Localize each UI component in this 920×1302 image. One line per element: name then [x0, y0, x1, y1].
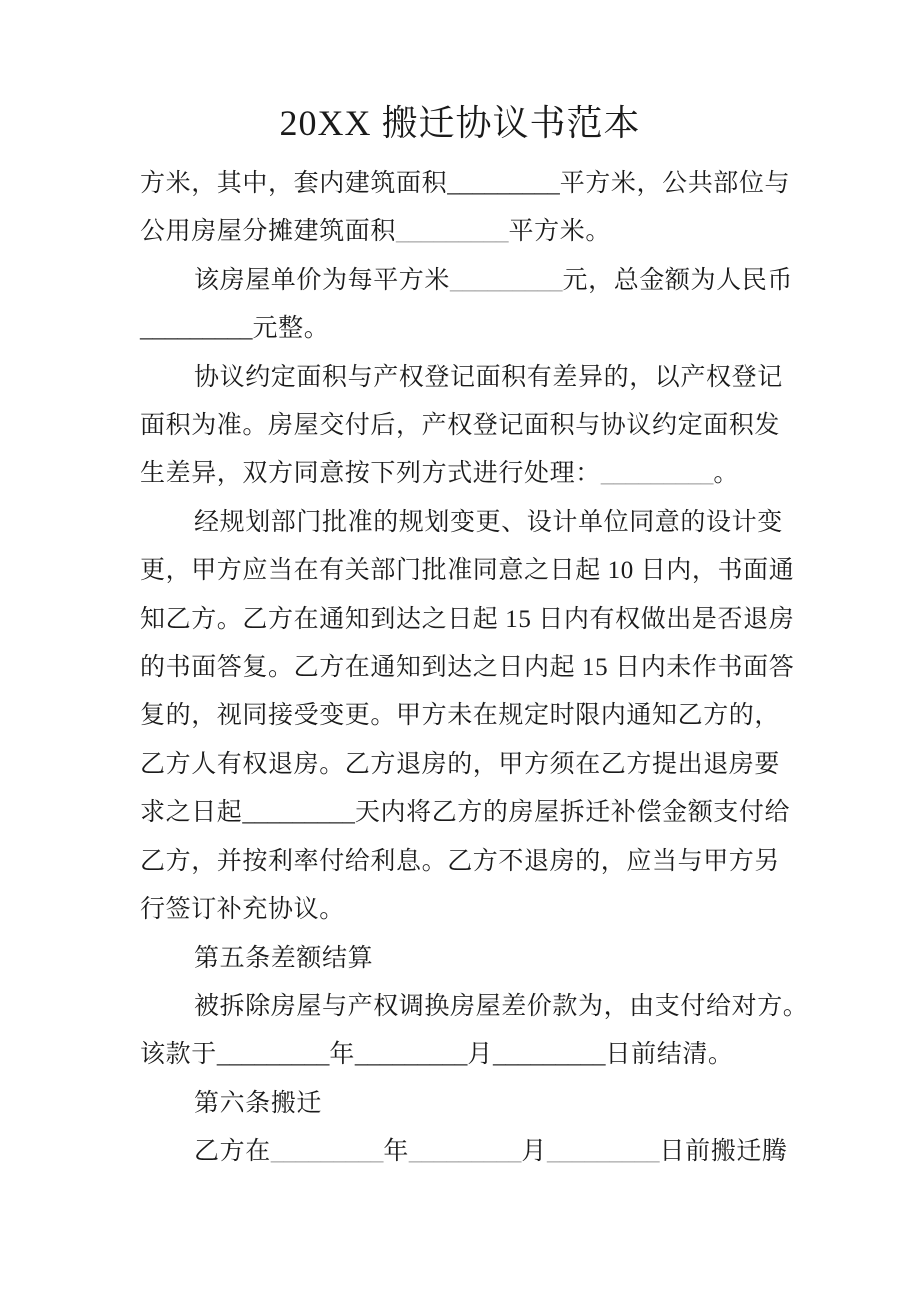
document-line: 经规划部门批准的规划变更、设计单位同意的设计变 — [140, 499, 780, 547]
text-run: 复的，视同接受变更。甲方未在规定时限内通知乙方的， — [140, 702, 780, 729]
document-body: 方米，其中，套内建筑面积_________平方米，公共部位与公用房屋分摊建筑面积… — [140, 160, 780, 1177]
text-run: 知乙方。乙方在通知到达之日起 15 日内有权做出是否退房 — [140, 606, 794, 633]
text-run: 天内将乙方的房屋拆迁补偿金额支付给 — [355, 799, 790, 826]
document-line: 该款于_________年_________月_________日前结清。 — [140, 1031, 780, 1079]
document-line: 乙方人有权退房。乙方退房的，甲方须在乙方提出退房要 — [140, 741, 780, 789]
document-line: 方米，其中，套内建筑面积_________平方米，公共部位与 — [140, 160, 780, 208]
document-line: 公用房屋分摊建筑面积_________平方米。 — [140, 208, 780, 256]
text-run: 日前搬迁腾 — [660, 1138, 788, 1165]
text-run: 年 — [329, 1041, 355, 1068]
text-run: 平方米，公共部位与 — [560, 170, 790, 197]
fill-in-blank: _________ — [271, 1138, 384, 1165]
text-run: 第六条搬迁 — [194, 1090, 322, 1117]
text-run: 经规划部门批准的规划变更、设计单位同意的设计变 — [194, 509, 783, 536]
text-run: 。 — [713, 460, 739, 487]
document-line: 的书面答复。乙方在通知到达之日内起 15 日内未作书面答 — [140, 644, 780, 692]
document-page: 20XX 搬迁协议书范本 方米，其中，套内建筑面积_________平方米，公共… — [0, 0, 920, 1302]
text-run: 月 — [467, 1041, 493, 1068]
fill-in-blank: _________ — [547, 1138, 660, 1165]
document-line: 第六条搬迁 — [140, 1080, 780, 1128]
text-run: 的书面答复。乙方在通知到达之日内起 15 日内未作书面答 — [140, 654, 794, 681]
fill-in-blank: _________ — [450, 267, 563, 294]
text-run: 协议约定面积与产权登记面积有差异的，以产权登记 — [194, 364, 783, 391]
fill-in-blank: _________ — [396, 218, 509, 245]
text-run: 乙方人有权退房。乙方退房的，甲方须在乙方提出退房要 — [140, 751, 780, 778]
text-run: 元，总金额为人民币 — [563, 267, 793, 294]
text-run: 平方米。 — [509, 218, 611, 245]
document-line: 行签订补充协议。 — [140, 886, 780, 934]
text-run: 方米，其中，套内建筑面积 — [140, 170, 447, 197]
fill-in-blank: _________ — [217, 1041, 330, 1068]
document-line: 被拆除房屋与产权调换房屋差价款为，由支付给对方。 — [140, 983, 780, 1031]
document-line: 协议约定面积与产权登记面积有差异的，以产权登记 — [140, 354, 780, 402]
text-run: 日前结清。 — [606, 1041, 734, 1068]
fill-in-blank: _________ — [493, 1041, 606, 1068]
text-run: 该款于 — [140, 1041, 217, 1068]
text-run: 元整。 — [253, 315, 330, 342]
text-run: 第五条差额结算 — [194, 945, 373, 972]
document-line: 生差异，双方同意按下列方式进行处理：_________。 — [140, 450, 780, 498]
fill-in-blank: _________ — [447, 170, 560, 197]
text-run: 月 — [521, 1138, 547, 1165]
fill-in-blank: _________ — [409, 1138, 522, 1165]
text-run: 公用房屋分摊建筑面积 — [140, 218, 396, 245]
document-line: 面积为准。房屋交付后，产权登记面积与协议约定面积发 — [140, 402, 780, 450]
document-title: 20XX 搬迁协议书范本 — [140, 92, 780, 154]
document-line: 求之日起_________天内将乙方的房屋拆迁补偿金额支付给 — [140, 789, 780, 837]
text-run: 面积为准。房屋交付后，产权登记面积与协议约定面积发 — [140, 412, 780, 439]
document-line: 复的，视同接受变更。甲方未在规定时限内通知乙方的， — [140, 692, 780, 740]
text-run: 求之日起 — [140, 799, 242, 826]
text-run: 被拆除房屋与产权调换房屋差价款为，由支付给对方。 — [194, 993, 808, 1020]
document-line: 乙方在_________年_________月_________日前搬迁腾 — [140, 1128, 780, 1176]
fill-in-blank: _________ — [601, 460, 714, 487]
document-line: 乙方，并按利率付给利息。乙方不退房的，应当与甲方另 — [140, 838, 780, 886]
document-line: 第五条差额结算 — [140, 935, 780, 983]
text-run: 年 — [383, 1138, 409, 1165]
text-run: 行签订补充协议。 — [140, 896, 345, 923]
fill-in-blank: _________ — [242, 799, 355, 826]
fill-in-blank: _________ — [140, 315, 253, 342]
document-line: 更，甲方应当在有关部门批准同意之日起 10 日内，书面通 — [140, 547, 780, 595]
document-line: _________元整。 — [140, 305, 780, 353]
text-run: 该房屋单价为每平方米 — [194, 267, 450, 294]
text-run: 乙方在 — [194, 1138, 271, 1165]
fill-in-blank: _________ — [355, 1041, 468, 1068]
document-line: 该房屋单价为每平方米_________元，总金额为人民币 — [140, 257, 780, 305]
text-run: 乙方，并按利率付给利息。乙方不退房的，应当与甲方另 — [140, 848, 780, 875]
text-run: 生差异，双方同意按下列方式进行处理： — [140, 460, 601, 487]
document-line: 知乙方。乙方在通知到达之日起 15 日内有权做出是否退房 — [140, 596, 780, 644]
text-run: 更，甲方应当在有关部门批准同意之日起 10 日内，书面通 — [140, 557, 794, 584]
